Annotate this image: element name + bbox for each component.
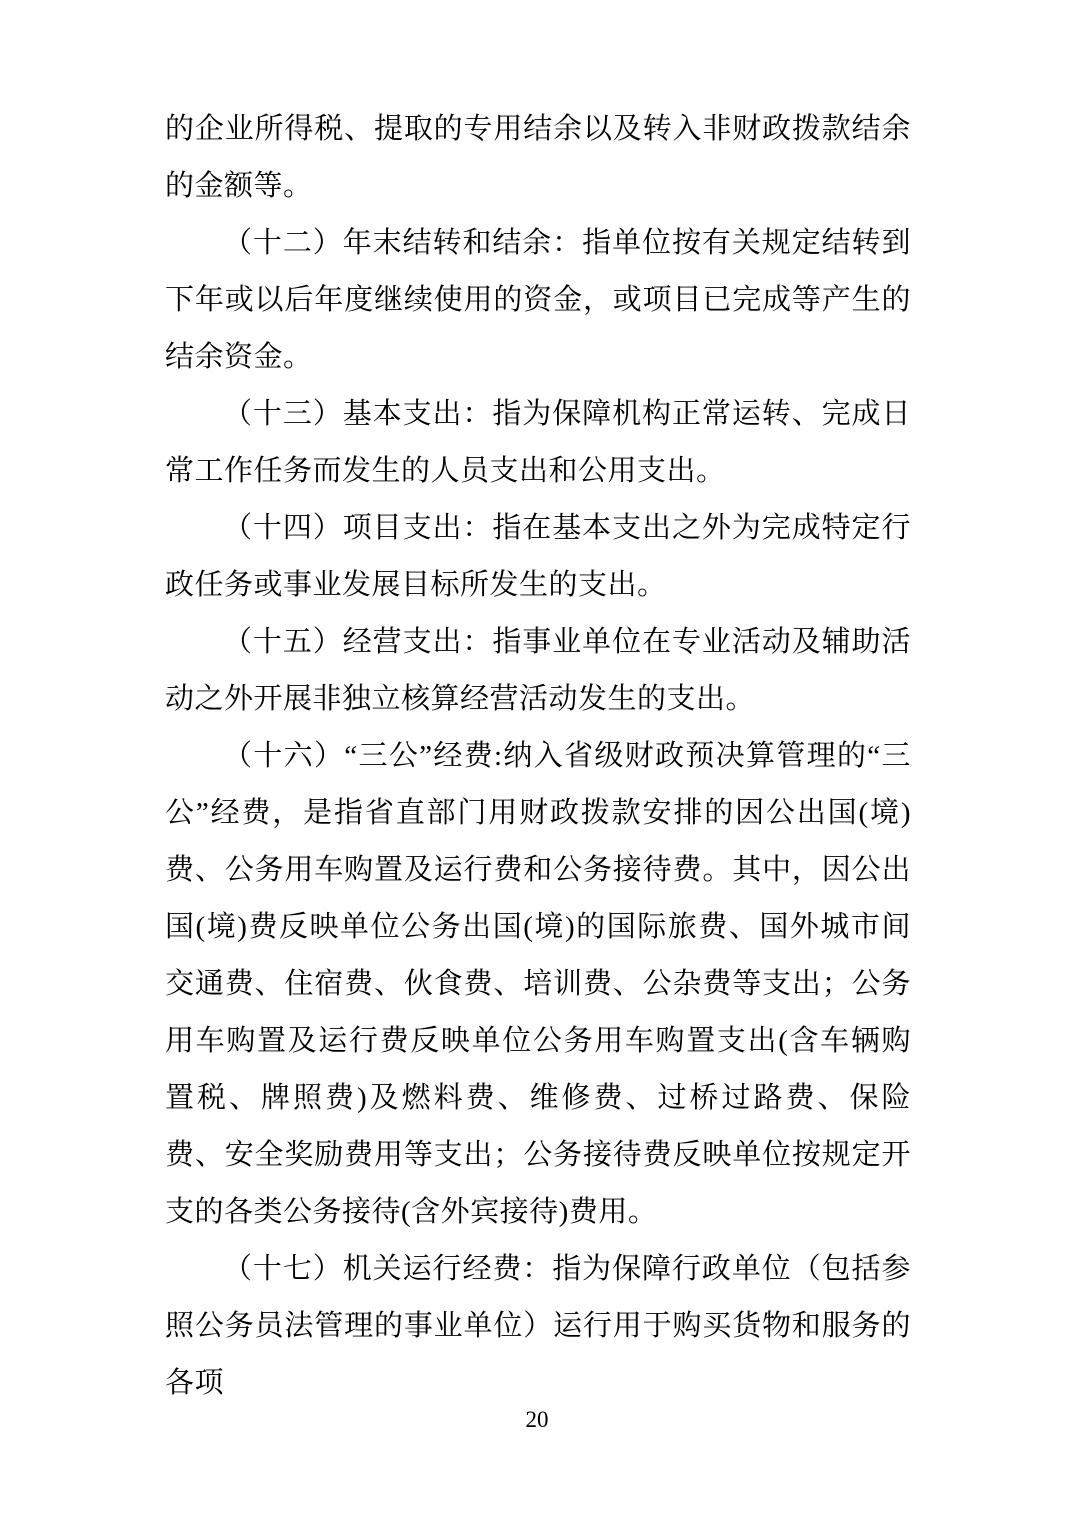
- paragraph-continuation: 的企业所得税、提取的专用结余以及转入非财政拨款结余的金额等。: [165, 101, 911, 215]
- paragraph-item-14: （十四）项目支出：指在基本支出之外为完成特定行政任务或事业发展目标所发生的支出。: [165, 500, 911, 614]
- paragraph-item-16: （十六）“三公”经费:纳入省级财政预决算管理的“三公”经费，是指省直部门用财政拨…: [165, 728, 911, 1241]
- paragraph-item-13: （十三）基本支出：指为保障机构正常运转、完成日常工作任务而发生的人员支出和公用支…: [165, 386, 911, 500]
- paragraph-item-12: （十二）年末结转和结余：指单位按有关规定结转到下年或以后年度继续使用的资金，或项…: [165, 215, 911, 386]
- page-number: 20: [0, 1405, 1074, 1435]
- paragraph-item-17: （十七）机关运行经费：指为保障行政单位（包括参照公务员法管理的事业单位）运行用于…: [165, 1241, 911, 1412]
- document-body-text: 的企业所得税、提取的专用结余以及转入非财政拨款结余的金额等。 （十二）年末结转和…: [165, 101, 911, 1412]
- document-page: 的企业所得税、提取的专用结余以及转入非财政拨款结余的金额等。 （十二）年末结转和…: [0, 0, 1074, 1520]
- paragraph-item-15: （十五）经营支出：指事业单位在专业活动及辅助活动之外开展非独立核算经营活动发生的…: [165, 614, 911, 728]
